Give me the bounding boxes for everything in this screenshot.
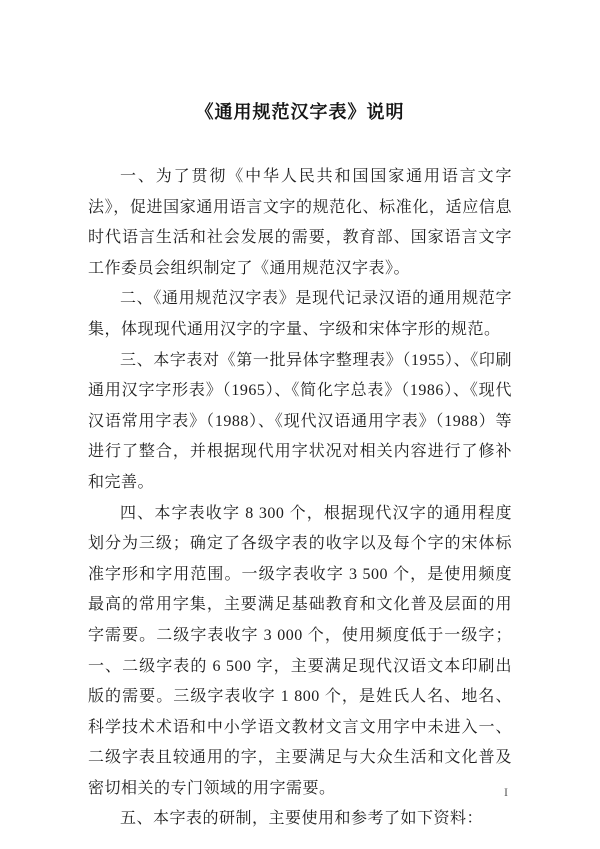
- paragraph-1: 一、为了贯彻《中华人民共和国国家通用语言文字法》，促进国家通用语言文字的规范化、…: [88, 162, 512, 284]
- document-title: 《通用规范汉字表》说明: [0, 100, 600, 124]
- paragraph-2: 二、《通用规范汉字表》是现代记录汉语的通用规范字集，体现现代通用汉字的字量、字级…: [88, 284, 512, 345]
- document-body: 一、为了贯彻《中华人民共和国国家通用语言文字法》，促进国家通用语言文字的规范化、…: [88, 162, 512, 835]
- page-number: I: [504, 784, 508, 800]
- paragraph-5: 五、本字表的研制，主要使用和参考了如下资料：: [88, 804, 512, 835]
- document-page: 《通用规范汉字表》说明 一、为了贯彻《中华人民共和国国家通用语言文字法》，促进国…: [0, 0, 600, 849]
- paragraph-3: 三、本字表对《第一批异体字整理表》（1955）、《印刷通用汉字字形表》（1965…: [88, 346, 512, 499]
- paragraph-4: 四、本字表收字 8 300 个，根据现代汉字的通用程度划分为三级；确定了各级字表…: [88, 499, 512, 805]
